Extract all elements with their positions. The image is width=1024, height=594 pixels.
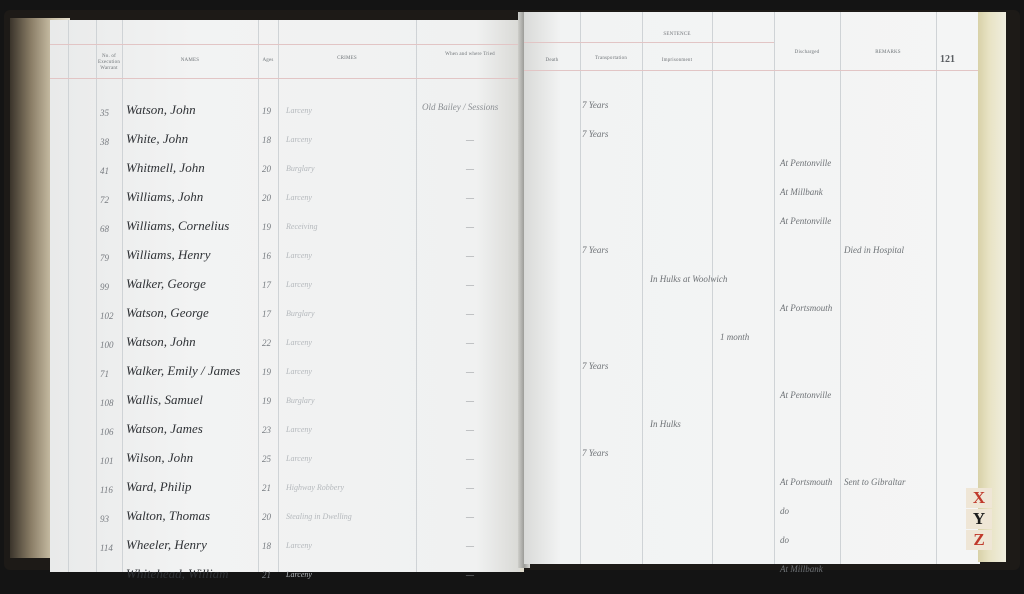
- rule: [642, 12, 643, 564]
- prisoner-name: Watson, James: [126, 421, 203, 437]
- warrant-number: 38: [100, 137, 109, 147]
- trial-info: —: [466, 164, 474, 174]
- prisoner-age: 17: [262, 309, 271, 319]
- trial-info: Old Bailey / Sessions: [422, 102, 498, 112]
- prisoner-name: Williams, Henry: [126, 247, 211, 263]
- table-row: 106Watson, James23Larceny—: [50, 419, 524, 448]
- sentence-note: In Hulks: [650, 419, 681, 429]
- trial-info: —: [466, 193, 474, 203]
- sentence-note: At Pentonville: [780, 390, 831, 400]
- prisoner-name: Walker, Emily / James: [126, 363, 240, 379]
- sentence-note: At Millbank: [780, 187, 823, 197]
- warrant-number: 106: [100, 427, 114, 437]
- trial-info: —: [466, 280, 474, 290]
- sentence-note: Sent to Gibraltar: [844, 477, 906, 487]
- warrant-number: 99: [100, 282, 109, 292]
- warrant-number: 100: [100, 340, 114, 350]
- sentence-note: 7 Years: [582, 100, 608, 110]
- warrant-number: 102: [100, 311, 114, 321]
- warrant-number: 93: [100, 514, 109, 524]
- crime: Larceny: [286, 135, 312, 144]
- crime: Receiving: [286, 222, 318, 231]
- sentence-note: 7 Years: [582, 361, 608, 371]
- table-row: 72Williams, John20Larceny—: [50, 187, 524, 216]
- rule: [50, 44, 524, 45]
- table-row: 38White, John18Larceny—: [50, 129, 524, 158]
- warrant-number: 71: [100, 369, 109, 379]
- trial-info: —: [466, 454, 474, 464]
- crime: Larceny: [286, 338, 312, 347]
- crime: Burglary: [286, 396, 315, 405]
- sentence-note: 7 Years: [582, 245, 608, 255]
- header-transportation: Transportation: [580, 56, 642, 62]
- header-remarks: REMARKS: [840, 50, 936, 56]
- header-imprisonment: Imprisonment: [642, 58, 712, 64]
- trial-info: —: [466, 512, 474, 522]
- crime: Larceny: [286, 251, 312, 260]
- prisoner-name: Walker, George: [126, 276, 206, 292]
- sentence-note: At Millbank: [780, 564, 823, 574]
- trial-info: —: [466, 483, 474, 493]
- warrant-number: 116: [100, 485, 113, 495]
- sentence-note: At Pentonville: [780, 158, 831, 168]
- prisoner-name: Wallis, Samuel: [126, 392, 203, 408]
- prisoner-name: Williams, John: [126, 189, 203, 205]
- trial-info: —: [466, 425, 474, 435]
- prisoner-name: Wilson, John: [126, 450, 193, 466]
- alphabet-index-tab[interactable]: X Y Z: [952, 488, 1006, 554]
- prisoner-age: 22: [262, 338, 271, 348]
- trial-info: —: [466, 338, 474, 348]
- prisoner-age: 21: [262, 483, 271, 493]
- crime: Stealing in Dwelling: [286, 512, 352, 521]
- header-discharged: Discharged: [774, 50, 840, 56]
- warrant-number: 41: [100, 166, 109, 176]
- prisoner-name: Watson, John: [126, 334, 196, 350]
- rule: [50, 78, 524, 79]
- rule: [712, 12, 713, 564]
- trial-info: —: [466, 367, 474, 377]
- index-letter-z[interactable]: Z: [966, 530, 992, 550]
- warrant-number: 72: [100, 195, 109, 205]
- crime: Larceny: [286, 106, 312, 115]
- prisoner-age: 17: [262, 280, 271, 290]
- trial-info: —: [466, 251, 474, 261]
- trial-info: —: [466, 396, 474, 406]
- sentence-note: do: [780, 506, 789, 516]
- table-row: 102Watson, George17Burglary—: [50, 303, 524, 332]
- index-letter-y[interactable]: Y: [966, 509, 992, 529]
- prisoner-name: Walton, Thomas: [126, 508, 210, 524]
- table-row: 41Whitmell, John20Burglary—: [50, 158, 524, 187]
- prisoner-name: Watson, John: [126, 102, 196, 118]
- header-names: NAMES: [122, 58, 258, 64]
- table-row: 101Wilson, John25Larceny—: [50, 448, 524, 477]
- prisoner-name: Wheeler, Henry: [126, 537, 207, 553]
- crime: Burglary: [286, 164, 315, 173]
- warrant-number: 79: [100, 253, 109, 263]
- table-row: 114Wheeler, Henry18Larceny—: [50, 535, 524, 564]
- table-row: 100Watson, John22Larceny—: [50, 332, 524, 361]
- right-page: SENTENCE Death Transportation Imprisonme…: [524, 12, 980, 564]
- prisoner-age: 21: [262, 570, 271, 580]
- crime: Larceny: [286, 425, 312, 434]
- index-letter-x[interactable]: X: [966, 488, 992, 508]
- prisoner-name: Williams, Cornelius: [126, 218, 229, 234]
- prisoner-age: 18: [262, 541, 271, 551]
- trial-info: —: [466, 309, 474, 319]
- page-number: 121: [940, 54, 955, 65]
- left-page: No. of Execution Warrant NAMES Ages CRIM…: [50, 20, 524, 572]
- trial-info: —: [466, 135, 474, 145]
- crime: Larceny: [286, 454, 312, 463]
- trial-info: —: [466, 570, 474, 580]
- warrant-number: 101: [100, 456, 114, 466]
- sentence-note: At Pentonville: [780, 216, 831, 226]
- header-crimes: CRIMES: [278, 56, 416, 62]
- prisoner-name: Whitmell, John: [126, 160, 205, 176]
- trial-info: —: [466, 222, 474, 232]
- table-row: 68Williams, Cornelius19Receiving—: [50, 216, 524, 245]
- prisoner-age: 20: [262, 512, 271, 522]
- sentence-note: do: [780, 535, 789, 545]
- rule: [840, 12, 841, 564]
- prisoner-age: 19: [262, 367, 271, 377]
- crime: Larceny: [286, 367, 312, 376]
- prisoner-age: 23: [262, 425, 271, 435]
- prisoner-age: 25: [262, 454, 271, 464]
- rule: [580, 12, 581, 564]
- warrant-number: 114: [100, 543, 113, 553]
- sentence-note: At Portsmouth: [780, 477, 832, 487]
- prisoner-name: White, John: [126, 131, 188, 147]
- table-row: 108Wallis, Samuel19Burglary—: [50, 390, 524, 419]
- header-warrant-no: No. of Execution Warrant: [96, 54, 122, 72]
- warrant-number: 68: [100, 224, 109, 234]
- rule: [936, 12, 937, 564]
- prisoner-age: 19: [262, 106, 271, 116]
- warrant-number: 35: [100, 108, 109, 118]
- table-row: 93Walton, Thomas20Stealing in Dwelling—: [50, 506, 524, 535]
- sentence-note: In Hulks at Woolwich: [650, 274, 727, 284]
- prisoner-age: 19: [262, 396, 271, 406]
- rule: [524, 42, 774, 43]
- header-sentence: SENTENCE: [580, 32, 774, 38]
- table-row: 99Walker, George17Larceny—: [50, 274, 524, 303]
- rule: [524, 70, 980, 71]
- sentence-note: Died in Hospital: [844, 245, 904, 255]
- prisoner-age: 18: [262, 135, 271, 145]
- rule: [774, 12, 775, 564]
- table-row: 79Williams, Henry16Larceny—: [50, 245, 524, 274]
- table-row: Whitehead, William21Larceny—: [50, 564, 524, 593]
- sentence-note: At Portsmouth: [780, 303, 832, 313]
- right-page-edges: [978, 12, 1006, 562]
- sentence-note: 1 month: [720, 332, 749, 342]
- warrant-number: 108: [100, 398, 114, 408]
- crime: Larceny: [286, 280, 312, 289]
- prisoner-age: 16: [262, 251, 271, 261]
- crime: Burglary: [286, 309, 315, 318]
- prisoner-name: Watson, George: [126, 305, 209, 321]
- header-death: Death: [524, 58, 580, 64]
- header-tried: When and where Tried: [416, 52, 524, 58]
- sentence-note: 7 Years: [582, 129, 608, 139]
- trial-info: —: [466, 541, 474, 551]
- header-ages: Ages: [258, 58, 278, 64]
- crime: Highway Robbery: [286, 483, 344, 492]
- prisoner-age: 20: [262, 193, 271, 203]
- table-row: 116Ward, Philip21Highway Robbery—: [50, 477, 524, 506]
- prisoner-age: 19: [262, 222, 271, 232]
- table-row: 35Watson, John19LarcenyOld Bailey / Sess…: [50, 100, 524, 129]
- prisoner-name: Whitehead, William: [126, 566, 229, 582]
- crime: Larceny: [286, 193, 312, 202]
- prisoner-name: Ward, Philip: [126, 479, 192, 495]
- crime: Larceny: [286, 570, 312, 579]
- sentence-note: 7 Years: [582, 448, 608, 458]
- prisoner-age: 20: [262, 164, 271, 174]
- crime: Larceny: [286, 541, 312, 550]
- table-row: 71Walker, Emily / James19Larceny—: [50, 361, 524, 390]
